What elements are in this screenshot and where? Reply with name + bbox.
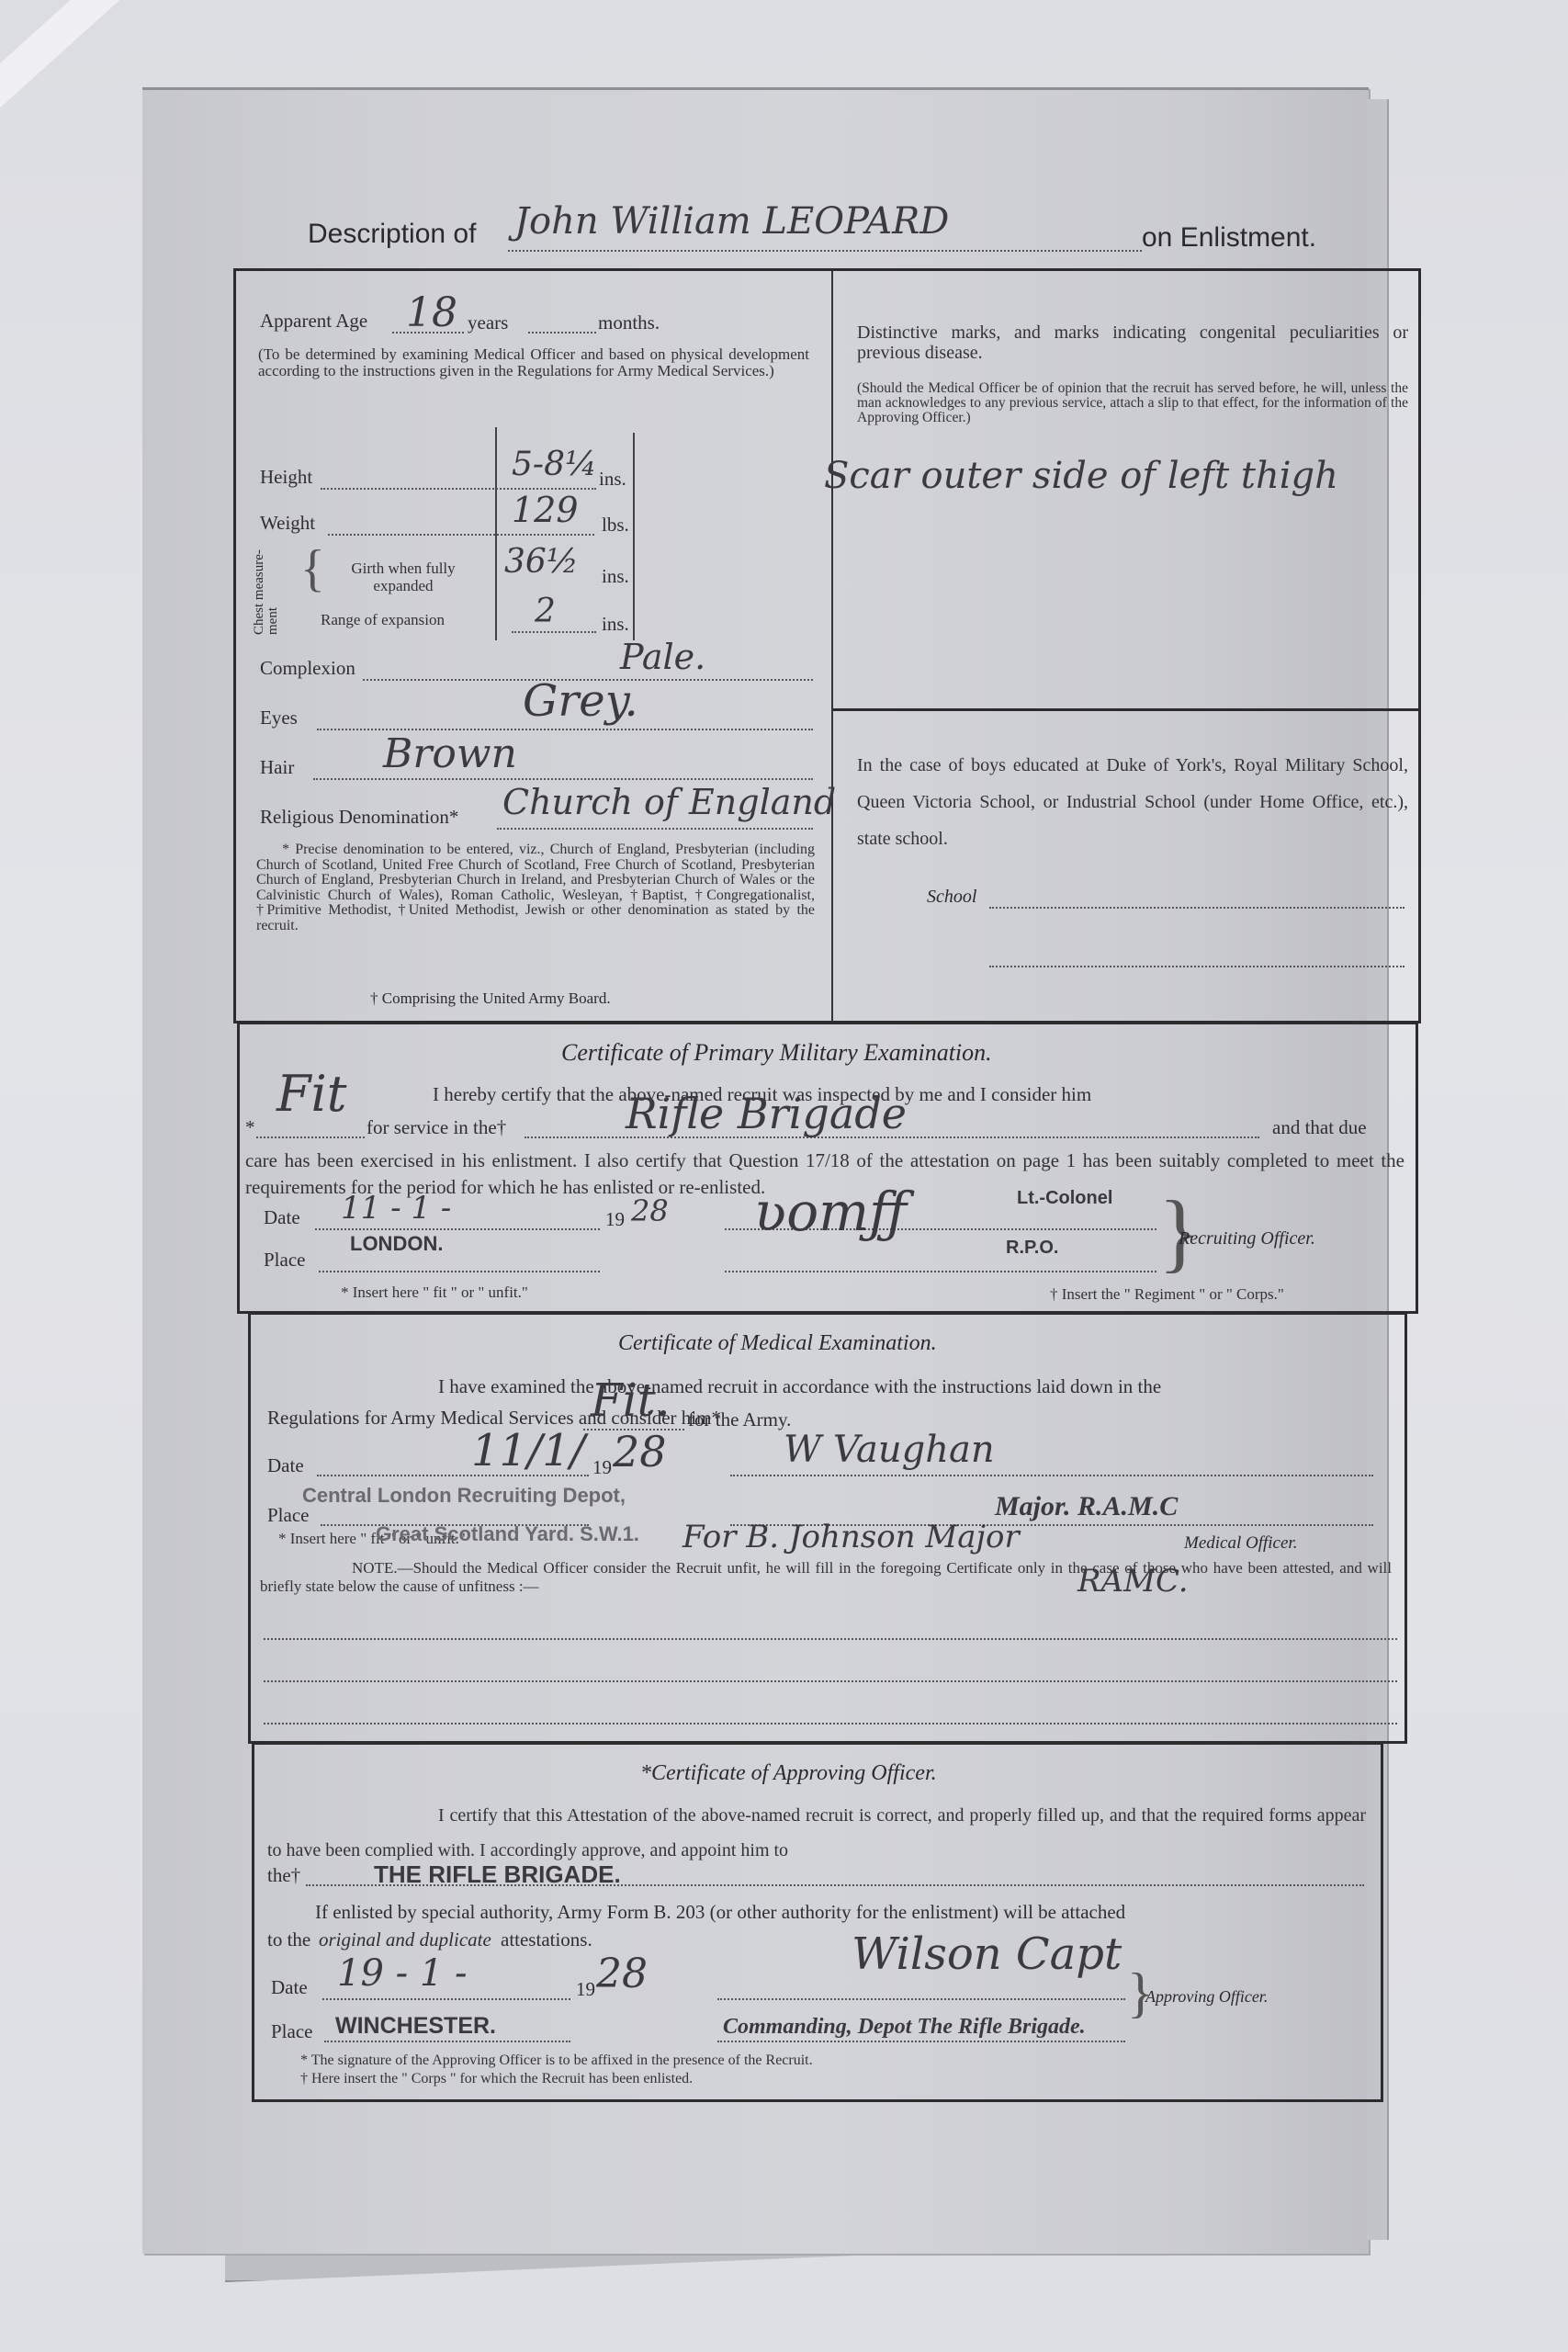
girth-label: Girth when fully expanded bbox=[321, 560, 486, 594]
approving-officer-section: *Certificate of Approving Officer. I cer… bbox=[252, 1742, 1383, 2102]
medical-date-value: 11/1/ bbox=[471, 1425, 585, 1476]
height-label: Height bbox=[260, 466, 312, 489]
unfitness-line-1[interactable] bbox=[264, 1638, 1397, 1640]
approving-date-dotted-line bbox=[322, 1998, 570, 2000]
title-prefix: Description of bbox=[308, 219, 476, 250]
approving-heading: *Certificate of Approving Officer. bbox=[640, 1761, 937, 1786]
medical-text-1: I have examined the above-named recruit … bbox=[438, 1375, 1161, 1398]
medical-signature: W Vaughan bbox=[784, 1429, 995, 1471]
approving-place-value: WINCHESTER. bbox=[335, 2013, 496, 2040]
years-label: years bbox=[468, 311, 508, 334]
primary-place-label: Place bbox=[264, 1249, 305, 1272]
document-title: Description of John William LEOPARD on E… bbox=[308, 219, 1355, 274]
approving-officer-label: Approving Officer. bbox=[1145, 1987, 1268, 2007]
background-object bbox=[0, 0, 144, 163]
religion-value: Church of England bbox=[502, 782, 836, 822]
fit-dotted-line bbox=[256, 1136, 365, 1138]
medical-place-label: Place bbox=[267, 1504, 309, 1527]
weight-dotted-line bbox=[328, 534, 594, 536]
medical-signature-line bbox=[730, 1475, 1373, 1476]
unfitness-line-2[interactable] bbox=[264, 1680, 1397, 1682]
approving-place-dotted-line bbox=[324, 2041, 570, 2042]
medical-text-3: for the Army. bbox=[688, 1408, 791, 1431]
eyes-label: Eyes bbox=[260, 707, 298, 729]
months-label: months. bbox=[598, 311, 660, 334]
medical-exam-heading: Certificate of Medical Examination. bbox=[618, 1331, 937, 1356]
apparent-age-value: 18 bbox=[406, 289, 457, 336]
name-dotted-line bbox=[508, 250, 1142, 252]
school-field-line-2[interactable] bbox=[989, 966, 1404, 967]
religion-label: Religious Denomination* bbox=[260, 806, 458, 829]
approving-footnote-1: * The signature of the Approving Officer… bbox=[300, 2052, 813, 2069]
approving-year-value: 28 bbox=[596, 1951, 648, 1997]
rank-stamp: Lt.-Colonel bbox=[1017, 1188, 1112, 1209]
girth-value: 36½ bbox=[504, 543, 579, 581]
date-dotted-line bbox=[315, 1228, 600, 1230]
religion-note: * Precise denomination to be entered, vi… bbox=[256, 842, 815, 933]
height-unit: ins. bbox=[599, 468, 626, 491]
hair-label: Hair bbox=[260, 756, 294, 779]
primary-year-prefix: 19 bbox=[605, 1208, 625, 1231]
eyes-value: Grey. bbox=[523, 675, 638, 727]
fit-footnote: * Insert here " fit " or " unfit." bbox=[341, 1283, 528, 1301]
primary-regiment-value: Rifle Brigade bbox=[626, 1089, 907, 1138]
medical-note: NOTE.—Should the Medical Officer conside… bbox=[260, 1559, 1392, 1596]
measure-col-divider bbox=[633, 433, 635, 640]
medical-place-stamp-2: Great Scotland Yard. S.W.1. bbox=[376, 1522, 639, 1546]
medical-rank-stamp: Major. R.A.M.C bbox=[995, 1491, 1178, 1522]
row-divider bbox=[833, 708, 1421, 711]
range-label: Range of expansion bbox=[321, 611, 445, 628]
for-signature: For B. Johnson Major bbox=[682, 1519, 1020, 1555]
school-label: School bbox=[927, 887, 976, 908]
approving-footnote-2: † Here insert the " Corps " for which th… bbox=[300, 2070, 693, 2087]
primary-date-value: 11 - 1 - bbox=[341, 1190, 451, 1227]
recruiting-officer-signature: ʋomƒƒ bbox=[754, 1181, 907, 1243]
range-unit: ins. bbox=[602, 613, 629, 636]
range-dotted-line bbox=[512, 631, 596, 633]
distinctive-marks-value: Scar outer side of left thigh bbox=[824, 455, 1338, 497]
weight-unit: lbs. bbox=[602, 514, 629, 537]
title-suffix: on Enlistment. bbox=[1142, 222, 1316, 254]
commanding-stamp: Commanding, Depot The Rifle Brigade. bbox=[723, 2015, 1086, 2040]
medical-place-stamp-1: Central London Recruiting Depot, bbox=[302, 1484, 626, 1508]
column-divider bbox=[831, 271, 833, 1023]
ramc-hand: RAMC. bbox=[1077, 1563, 1189, 1600]
commanding-dotted-line bbox=[717, 2041, 1125, 2042]
approving-signature-line bbox=[717, 1998, 1125, 2000]
medical-exam-section: Certificate of Medical Examination. I ha… bbox=[248, 1312, 1407, 1744]
corps-value: THE RIFLE BRIGADE. bbox=[374, 1860, 621, 1889]
girth-unit: ins. bbox=[602, 565, 629, 588]
distinctive-marks-note: (Should the Medical Officer be of opinio… bbox=[857, 381, 1408, 425]
united-army-board-note: † Comprising the United Army Board. bbox=[370, 989, 611, 1008]
primary-fit-value: Fit bbox=[276, 1065, 346, 1123]
description-section: Apparent Age 18 years months. (To be det… bbox=[233, 268, 1421, 1023]
religion-dotted-line bbox=[497, 828, 813, 830]
primary-date-label: Date bbox=[264, 1206, 300, 1229]
approving-place-label: Place bbox=[271, 2020, 312, 2043]
approving-text-2: If enlisted by special authority, Army F… bbox=[315, 1901, 1125, 1924]
medical-date-label: Date bbox=[267, 1454, 304, 1477]
weight-label: Weight bbox=[260, 512, 315, 535]
medical-officer-label: Medical Officer. bbox=[1184, 1533, 1297, 1554]
primary-text-3: and that due bbox=[1272, 1116, 1367, 1139]
signature-line-2 bbox=[725, 1271, 1156, 1272]
recruit-name: John William LEOPARD bbox=[514, 200, 949, 243]
primary-year-value: 28 bbox=[631, 1193, 669, 1228]
hair-dotted-line bbox=[313, 778, 813, 780]
recruiting-officer-label: Recruiting Officer. bbox=[1179, 1228, 1315, 1249]
medical-fit-value: Fit. bbox=[591, 1374, 671, 1427]
the-label: the† bbox=[267, 1864, 300, 1887]
approving-text-3b: original and duplicate bbox=[319, 1928, 491, 1951]
asterisk: * bbox=[245, 1116, 255, 1139]
approving-date-value: 19 - 1 - bbox=[337, 1952, 468, 1995]
approving-text-1: I certify that this Attestation of the a… bbox=[267, 1798, 1366, 1868]
age-note: (To be determined by examining Medical O… bbox=[258, 346, 809, 379]
primary-text-2: for service in the† bbox=[367, 1116, 506, 1139]
place-dotted-line bbox=[319, 1271, 600, 1272]
apparent-age-label: Apparent Age bbox=[260, 310, 367, 333]
medical-year-value: 28 bbox=[613, 1427, 667, 1476]
regiment-footnote: † Insert the " Regiment " or " Corps." bbox=[1050, 1285, 1284, 1303]
weight-value: 129 bbox=[512, 490, 579, 530]
approving-signature: Wilson Capt bbox=[852, 1928, 1122, 1980]
rpo-stamp: R.P.O. bbox=[1006, 1238, 1058, 1259]
primary-place-value: LONDON. bbox=[350, 1232, 443, 1256]
approving-date-label: Date bbox=[271, 1976, 308, 1999]
medical-year-prefix: 19 bbox=[592, 1456, 612, 1479]
unfitness-line-3[interactable] bbox=[264, 1723, 1397, 1724]
hair-value: Brown bbox=[383, 730, 517, 777]
months-dotted-line bbox=[528, 332, 596, 334]
primary-exam-heading: Certificate of Primary Military Examinat… bbox=[561, 1039, 992, 1067]
primary-exam-section: Certificate of Primary Military Examinat… bbox=[237, 1022, 1418, 1314]
complexion-value: Pale. bbox=[620, 637, 705, 677]
complexion-label: Complexion bbox=[260, 657, 355, 680]
height-value: 5-8¼ bbox=[512, 446, 597, 483]
approving-text-3c: attestations. bbox=[501, 1928, 592, 1951]
approving-text-3a: to the bbox=[267, 1928, 310, 1951]
school-field[interactable] bbox=[989, 907, 1404, 909]
approving-year-prefix: 19 bbox=[576, 1978, 595, 2001]
school-instructions: In the case of boys educated at Duke of … bbox=[857, 747, 1408, 857]
range-value: 2 bbox=[535, 593, 556, 630]
distinctive-marks-heading: Distinctive marks, and marks indicating … bbox=[857, 322, 1408, 363]
chest-label: Chest measure-ment bbox=[253, 547, 300, 635]
